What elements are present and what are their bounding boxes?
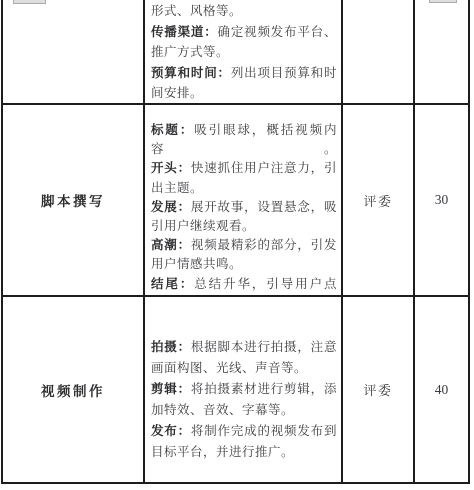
description-text: 出主题。 <box>151 181 203 195</box>
description-line: 高潮：视频最精彩的部分，引发 <box>151 236 337 255</box>
term-label: 发布： <box>151 424 191 438</box>
description-line: 加特效、音效、字幕等。 <box>151 400 337 421</box>
description-text: 画面构图、光线、声音等。 <box>151 361 307 375</box>
description-line: 画面构图、光线、声音等。 <box>151 358 337 379</box>
description-cell: 形式、风格等。传播渠道：确定视频发布平台、推广方式等。预算和时间：列出项目预算和… <box>145 0 343 103</box>
term-label: 开头： <box>151 161 191 175</box>
description-line: 间安排。 <box>151 83 337 103</box>
table-row-planning-partial: 形式、风格等。传播渠道：确定视频发布平台、推广方式等。预算和时间：列出项目预算和… <box>3 0 468 105</box>
description-text: 将制作完成的视频发布到 <box>191 424 337 438</box>
term-label: 结尾： <box>151 277 194 291</box>
scan-artifact-bar-left <box>13 0 46 4</box>
category-label: 视频制作 <box>41 380 105 400</box>
description-line: 发展：展开故事，设置悬念，吸 <box>151 198 337 217</box>
description-line: 预算和时间：列出项目预算和时 <box>151 63 337 84</box>
score-value: 40 <box>435 382 449 398</box>
description-text: 快速抓住用户注意力，引 <box>191 161 337 175</box>
description-text: 确定视频发布平台、 <box>218 25 337 39</box>
category-label: 脚本撰写 <box>41 190 105 210</box>
description-text: 根据脚本进行拍摄，注意 <box>191 340 337 354</box>
evaluator-cell: 评委 <box>343 297 415 482</box>
score-cell <box>415 0 468 103</box>
description-line: 拍摄：根据脚本进行拍摄，注意 <box>151 337 337 358</box>
description-line: 形式、风格等。 <box>151 1 337 22</box>
description-line: 引用户继续观看。 <box>151 217 337 236</box>
term-label: 传播渠道： <box>151 25 218 39</box>
description-line: 标题：吸引眼球，概括视频内容。 <box>151 121 337 159</box>
description-text: 推广方式等。 <box>151 45 229 59</box>
description-line: 结尾：总结升华，引导用户点赞、 <box>151 275 337 295</box>
description-line: 传播渠道：确定视频发布平台、 <box>151 22 337 43</box>
score-value: 30 <box>435 192 449 208</box>
description-line: 开头：快速抓住用户注意力，引 <box>151 159 337 178</box>
rubric-table: 形式、风格等。传播渠道：确定视频发布平台、推广方式等。预算和时间：列出项目预算和… <box>1 0 470 484</box>
description-line: 剪辑：将拍摄素材进行剪辑，添 <box>151 379 337 400</box>
description-text: 加特效、音效、字幕等。 <box>151 403 294 417</box>
evaluator-label: 评委 <box>363 380 392 399</box>
description-text: 引用户继续观看。 <box>151 219 255 233</box>
table-row-script-writing: 脚本撰写标题：吸引眼球，概括视频内容。开头：快速抓住用户注意力，引出主题。发展：… <box>3 105 468 297</box>
term-label: 预算和时间： <box>151 66 231 80</box>
term-label: 拍摄： <box>151 340 191 354</box>
description-text: 视频最精彩的部分，引发 <box>191 238 337 252</box>
description-cell: 标题：吸引眼球，概括视频内容。开头：快速抓住用户注意力，引出主题。发展：展开故事… <box>145 105 343 295</box>
description-text: 目标平台，并进行推广。 <box>151 445 294 459</box>
description-text: 间安排。 <box>151 86 203 100</box>
term-label: 剪辑： <box>151 382 191 396</box>
description-line: 出主题。 <box>151 179 337 198</box>
description-line: 推广方式等。 <box>151 42 337 63</box>
description-text: 用户情感共鸣。 <box>151 257 242 271</box>
score-cell: 40 <box>415 297 468 482</box>
evaluator-label: 评委 <box>363 191 392 210</box>
evaluator-cell: 评委 <box>343 105 415 295</box>
category-cell: 脚本撰写 <box>3 105 145 295</box>
description-cell: 拍摄：根据脚本进行拍摄，注意画面构图、光线、声音等。剪辑：将拍摄素材进行剪辑，添… <box>145 297 343 482</box>
term-label: 发展： <box>151 200 191 214</box>
table-row-video-production: 视频制作拍摄：根据脚本进行拍摄，注意画面构图、光线、声音等。剪辑：将拍摄素材进行… <box>3 297 468 484</box>
description-text: 形式、风格等。 <box>151 4 242 18</box>
description-line: 目标平台，并进行推广。 <box>151 442 337 463</box>
description-line: 用户情感共鸣。 <box>151 255 337 274</box>
scan-artifact-bar-right <box>429 0 457 3</box>
document-page: 形式、风格等。传播渠道：确定视频发布平台、推广方式等。预算和时间：列出项目预算和… <box>0 0 474 490</box>
evaluator-cell <box>343 0 415 103</box>
category-cell: 视频制作 <box>3 297 145 482</box>
term-label: 高潮： <box>151 238 191 252</box>
score-cell: 30 <box>415 105 468 295</box>
description-text: 展开故事，设置悬念，吸 <box>191 200 337 214</box>
category-cell <box>3 0 145 103</box>
term-label: 标题： <box>151 123 194 137</box>
description-text: 将拍摄素材进行剪辑，添 <box>191 382 337 396</box>
description-text: 列出项目预算和时 <box>231 66 337 80</box>
description-line: 发布：将制作完成的视频发布到 <box>151 421 337 442</box>
